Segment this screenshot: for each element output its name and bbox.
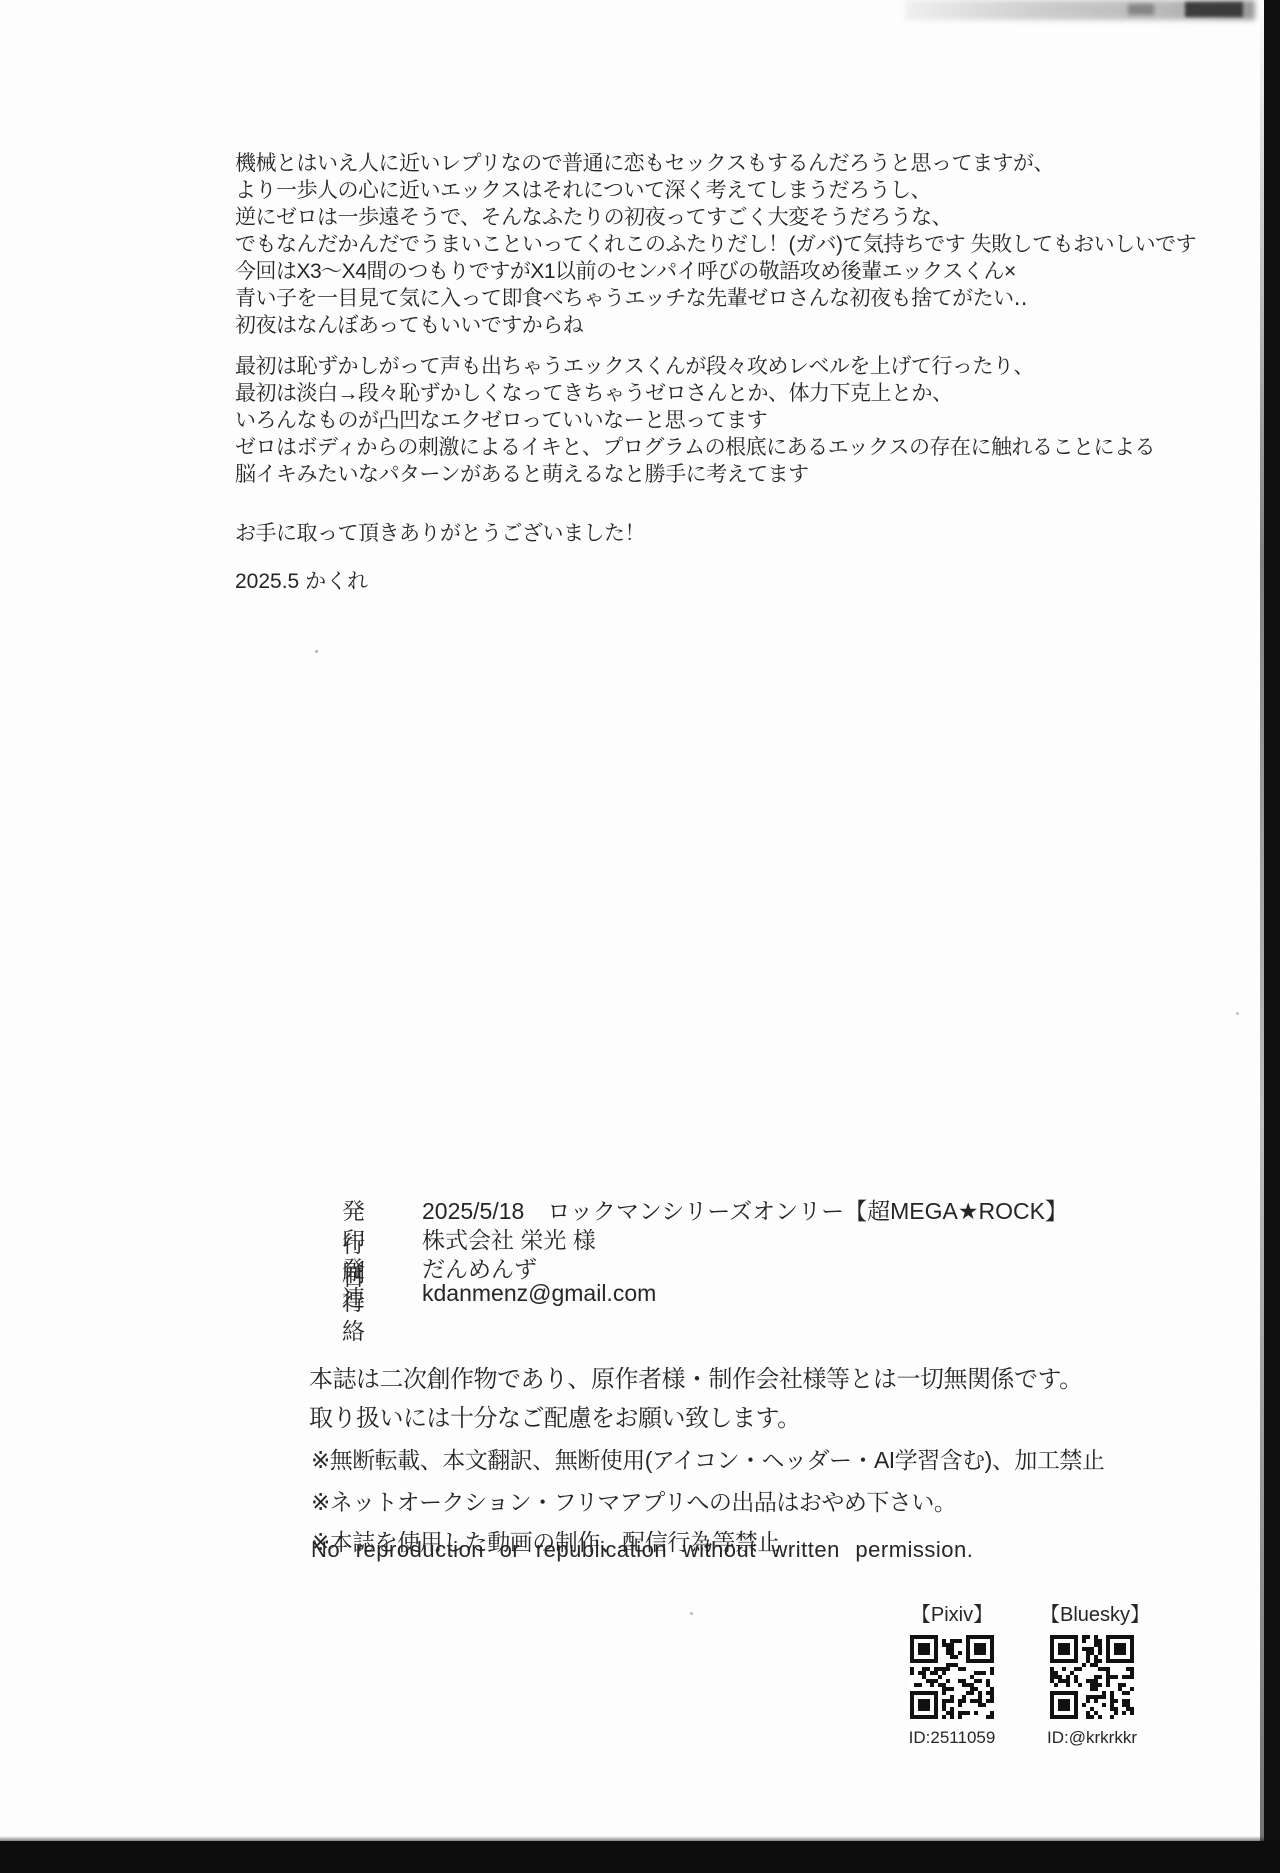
afterword-line: 脳イキみたいなパターンがあると萌えるなと勝手に考えてます — [235, 461, 1155, 488]
afterword-paragraph-1: 機械とはいえ人に近いレプリなので普通に恋もセックスもするんだろうと思ってますが、… — [235, 150, 1196, 339]
colophon-contact-email: kdanmenz@gmail.com — [422, 1280, 656, 1307]
scan-smudge-spot — [1128, 4, 1154, 15]
afterword-line: より一歩人の心に近いエックスはそれについて深く考えてしまうだろうし、 — [235, 177, 1196, 204]
afterword-line: 最初は淡白→段々恥ずかしくなってきちゃうゼロさんとか、体力下克上とか、 — [235, 380, 1155, 407]
afterword-line: ゼロはボディからの刺激によるイキと、プログラムの根底にあるエックスの存在に触れる… — [235, 434, 1155, 461]
scan-smudge-dark-spot — [1185, 2, 1243, 17]
scan-border-bottom — [0, 1841, 1280, 1873]
afterword-line: 今回はX3〜X4間のつもりですがX1以前のセンパイ呼びの敬語攻め後輩エックスくん… — [235, 258, 1196, 285]
english-permission-note: No reproduction or republication without… — [311, 1537, 973, 1563]
afterword-paragraph-2: 最初は恥ずかしがって声も出ちゃうエックスくんが段々攻めレベルを上げて行ったり、 … — [235, 353, 1155, 488]
scanned-doujinshi-afterword-page: 機械とはいえ人に近いレプリなので普通に恋もセックスもするんだろうと思ってますが、… — [0, 0, 1280, 1873]
pixiv-id: ID:2511059 — [900, 1728, 1004, 1748]
bluesky-id: ID:@krkrkkr — [1040, 1728, 1144, 1748]
colophon-label: 連 絡 — [342, 1280, 390, 1346]
thanks-message: お手に取って頂きありがとうございました！ — [235, 517, 645, 547]
afterword-line: 機械とはいえ人に近いレプリなので普通に恋もセックスもするんだろうと思ってますが、 — [235, 150, 1196, 177]
disclaimer: 本誌は二次創作物であり、原作者様・制作会社様等とは一切無関係です。 取り扱いには… — [309, 1360, 1083, 1438]
date-author-signature: 2025.5 かくれ — [235, 565, 368, 595]
scan-noise-dot — [690, 1612, 693, 1615]
afterword-line: 初夜はなんぼあってもいいですからね — [235, 312, 1196, 339]
bluesky-qr-code — [1050, 1635, 1134, 1719]
pixiv-qr-block: 【Pixiv】 ID:2511059 — [900, 1598, 1004, 1748]
disclaimer-line: 取り扱いには十分なご配慮をお願い致します。 — [309, 1399, 1083, 1438]
prohibition-note: ※ネットオークション・フリマアプリへの出品はおやめ下さい。 — [311, 1484, 1104, 1517]
disclaimer-line: 本誌は二次創作物であり、原作者様・制作会社様等とは一切無関係です。 — [309, 1360, 1083, 1399]
afterword-line: 最初は恥ずかしがって声も出ちゃうエックスくんが段々攻めレベルを上げて行ったり、 — [235, 353, 1155, 380]
afterword-line: 青い子を一目見て気に入って即食べちゃうエッチな先輩ゼロさんな初夜も捨てがたい‥ — [235, 285, 1196, 312]
afterword-line: いろんなものが凸凹なエクゼロっていいなーと思ってます — [235, 407, 1155, 434]
scan-border-right — [1264, 0, 1280, 1873]
afterword-line: でもなんだかんだでうまいこといってくれこのふたりだし！(ガバ)て気持ちです 失敗… — [235, 231, 1196, 258]
afterword-line: 逆にゼロは一歩遠そうで、そんなふたりの初夜ってすごく大変そうだろうな、 — [235, 204, 1196, 231]
scan-noise-dot — [315, 650, 318, 653]
scan-noise-dot — [1236, 1012, 1239, 1015]
pixiv-qr-code — [910, 1635, 994, 1719]
pixiv-label: 【Pixiv】 — [900, 1598, 1004, 1627]
bluesky-label: 【Bluesky】 — [1040, 1598, 1144, 1627]
bluesky-qr-block: 【Bluesky】 ID:@krkrkkr — [1040, 1598, 1144, 1748]
prohibition-note: ※無断転載、本文翻訳、無断使用(アイコン・ヘッダー・AI学習含む)、加工禁止 — [311, 1442, 1104, 1475]
